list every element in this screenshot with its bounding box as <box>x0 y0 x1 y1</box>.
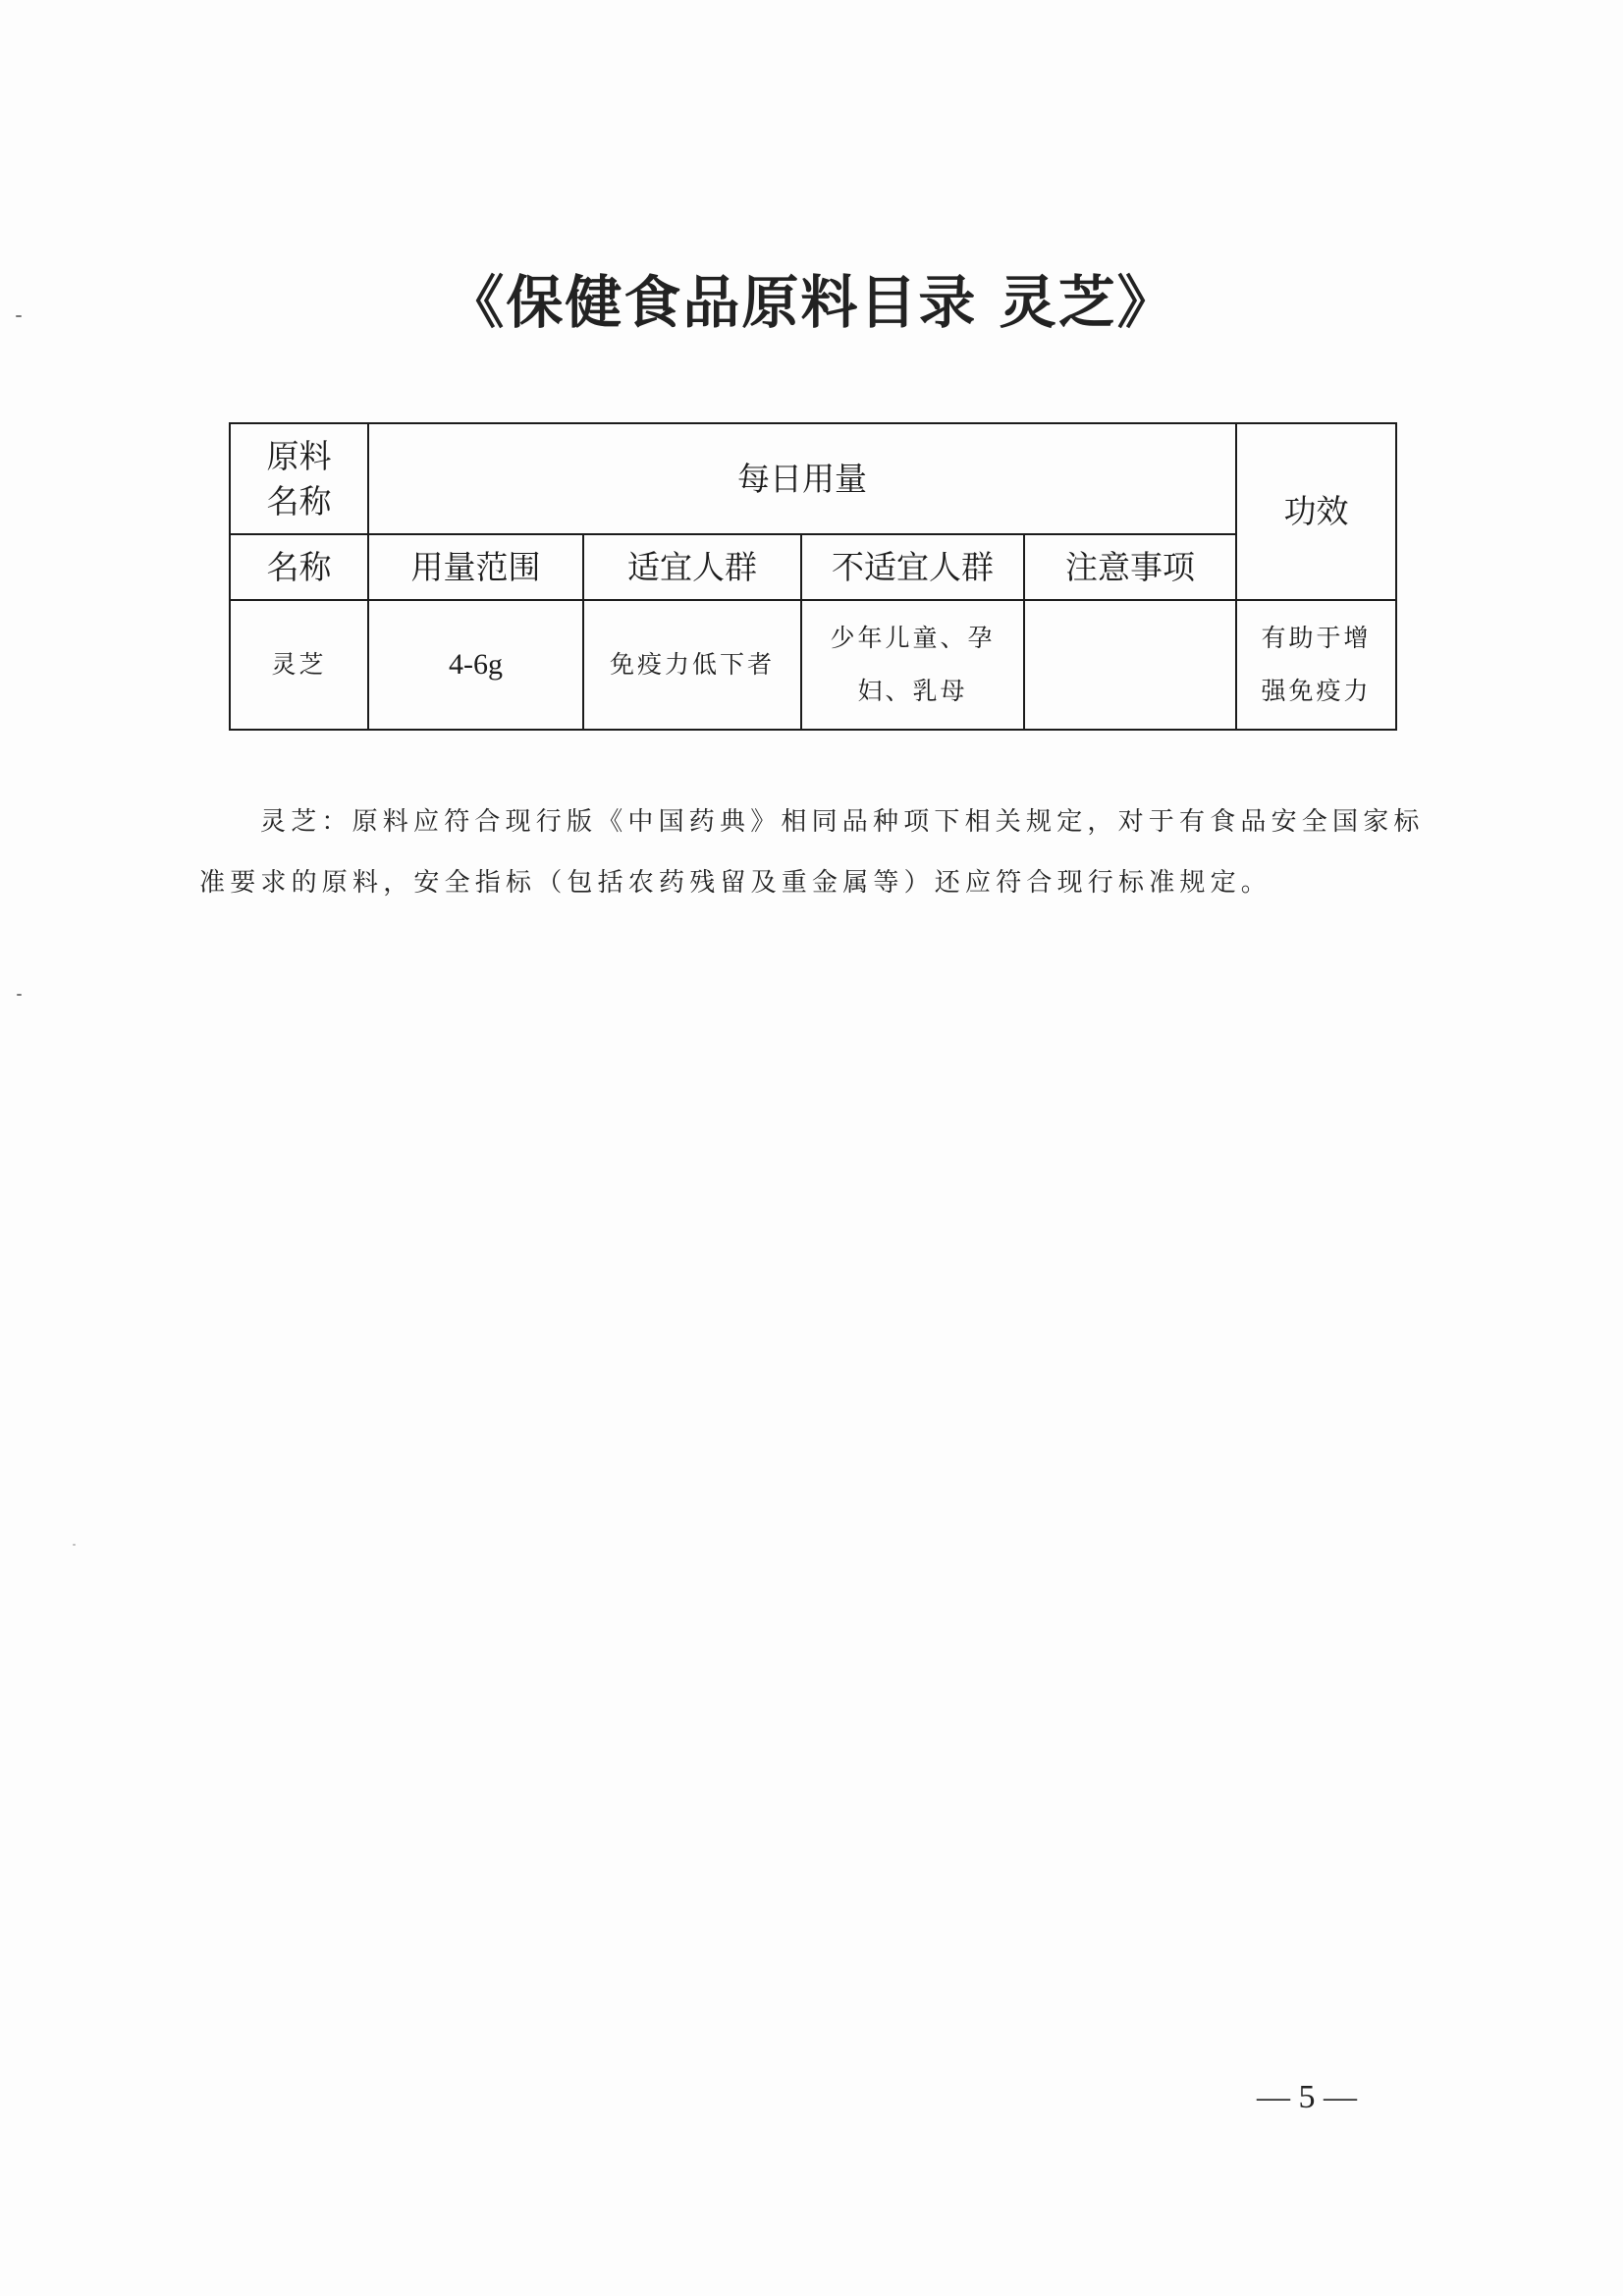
note-paragraph: 灵芝：原料应符合现行版《中国药典》相同品种项下相关规定，对于有食品安全国家标准要… <box>199 792 1427 913</box>
header-precautions: 注意事项 <box>1024 534 1236 600</box>
cell-precautions <box>1024 600 1236 730</box>
page-number: — 5 — <box>1237 2078 1377 2117</box>
cell-name: 灵芝 <box>230 600 368 730</box>
cell-suitable-population: 免疫力低下者 <box>583 600 801 730</box>
header-unsuitable-population: 不适宜人群 <box>801 534 1024 600</box>
header-daily-dosage: 每日用量 <box>368 423 1236 534</box>
table-row: 灵芝 4-6g 免疫力低下者 少年儿童、孕妇、乳母 有助于增强免疫力 <box>230 600 1396 730</box>
header-dosage-range: 用量范围 <box>368 534 583 600</box>
scan-speck <box>17 994 22 996</box>
document-title: 《保健食品原料目录 灵芝》 <box>0 263 1623 342</box>
header-material-name: 原料名称 <box>230 423 368 534</box>
scan-speck <box>73 1544 76 1546</box>
header-name: 名称 <box>230 534 368 600</box>
header-suitable-population: 适宜人群 <box>583 534 801 600</box>
cell-unsuitable-population: 少年儿童、孕妇、乳母 <box>801 600 1024 730</box>
cell-dosage-range: 4-6g <box>368 600 583 730</box>
table-header-row-2: 名称 用量范围 适宜人群 不适宜人群 注意事项 <box>230 534 1396 600</box>
ingredient-table: 原料名称 每日用量 功效 名称 用量范围 适宜人群 不适宜人群 注意事项 灵芝 … <box>229 422 1397 731</box>
header-efficacy: 功效 <box>1236 423 1396 600</box>
cell-efficacy: 有助于增强免疫力 <box>1236 600 1396 730</box>
document-page: 《保健食品原料目录 灵芝》 原料名称 每日用量 功效 名称 用量范围 适宜人群 … <box>0 0 1623 2296</box>
table-header-row-1: 原料名称 每日用量 功效 <box>230 423 1396 534</box>
